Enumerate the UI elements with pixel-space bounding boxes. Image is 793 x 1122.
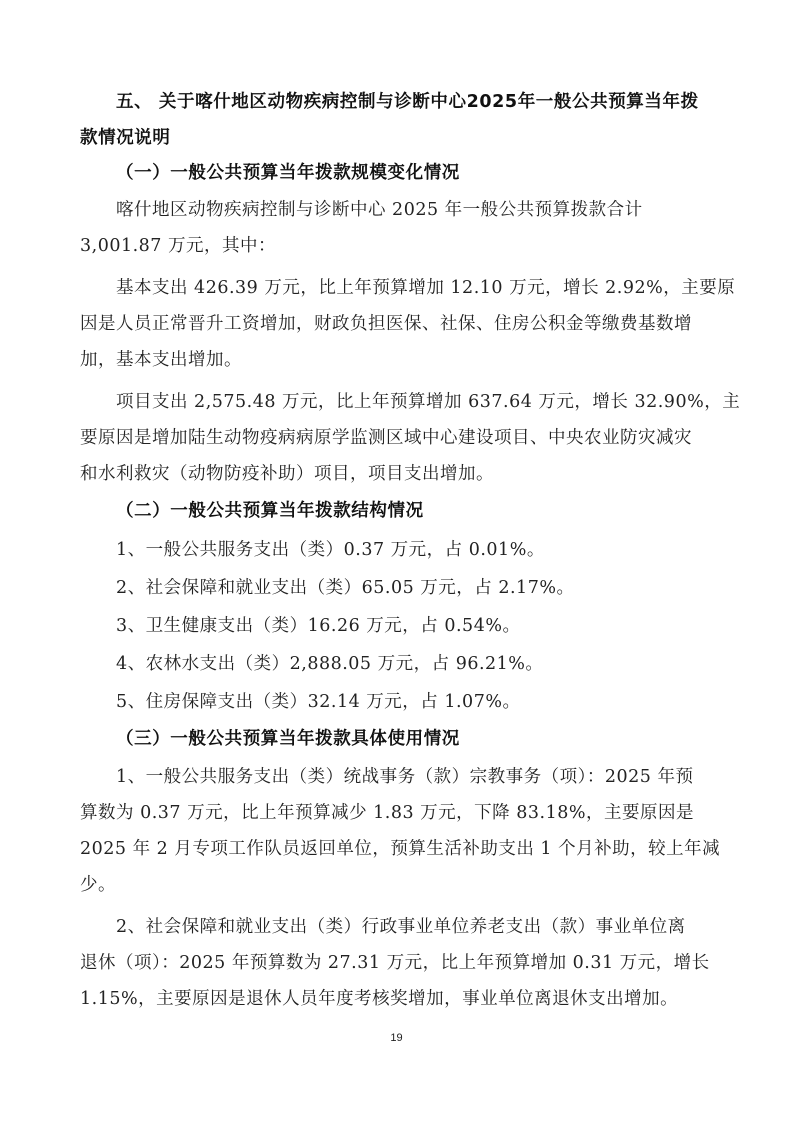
paragraph-line: 2、社会保障和就业支出（类）行政事业单位养老支出（款）事业单位离: [116, 916, 686, 938]
section-title-line-1: 五、 关于喀什地区动物疾病控制与诊断中心2025年一般公共预算当年拨: [116, 91, 699, 113]
paragraph-line: 加，基本支出增加。: [80, 349, 242, 371]
structure-item: 3、卫生健康支出（类）16.26 万元，占 0.54%。: [116, 615, 520, 637]
paragraph-line: 3,001.87 万元，其中：: [80, 235, 276, 257]
structure-item: 2、社会保障和就业支出（类）65.05 万元，占 2.17%。: [116, 577, 574, 599]
paragraph-line: 项目支出 2,575.48 万元，比上年预算增加 637.64 万元，增长 32…: [116, 391, 740, 413]
paragraph-line: 基本支出 426.39 万元，比上年预算增加 12.10 万元，增长 2.92%…: [116, 277, 735, 299]
paragraph-line: 2025 年 2 月专项工作队员返回单位，预算生活补助支出 1 个月补助，较上年…: [80, 838, 720, 860]
subsection-heading-3: （三）一般公共预算当年拨款具体使用情况: [116, 728, 460, 750]
paragraph-line: 要原因是增加陆生动物疫病病原学监测区域中心建设项目、中央农业防灾减灾: [80, 427, 692, 449]
paragraph-line: 少。: [80, 874, 116, 896]
subsection-heading-2: （二）一般公共预算当年拨款结构情况: [116, 500, 424, 522]
structure-item: 4、农林水支出（类）2,888.05 万元，占 96.21%。: [116, 653, 543, 675]
paragraph-line: 1、一般公共服务支出（类）统战事务（款）宗教事务（项）：2025 年预: [116, 766, 693, 788]
section-title-line-2: 款情况说明: [80, 127, 171, 149]
paragraph-line: 因是人员正常晋升工资增加，财政负担医保、社保、住房公积金等缴费基数增: [80, 313, 692, 335]
document-page: 五、 关于喀什地区动物疾病控制与诊断中心2025年一般公共预算当年拨 款情况说明…: [0, 0, 793, 1122]
page-number: 19: [0, 1032, 793, 1044]
paragraph-line: 算数为 0.37 万元，比上年预算减少 1.83 万元，下降 83.18%，主要…: [80, 802, 694, 824]
paragraph-line: 退休（项）：2025 年预算数为 27.31 万元，比上年预算增加 0.31 万…: [80, 952, 710, 974]
paragraph-line: 和水利救灾（动物防疫补助）项目，项目支出增加。: [80, 463, 494, 485]
structure-item: 5、住房保障支出（类）32.14 万元，占 1.07%。: [116, 691, 520, 713]
paragraph-line: 喀什地区动物疾病控制与诊断中心 2025 年一般公共预算拨款合计: [116, 199, 643, 221]
subsection-heading-1: （一）一般公共预算当年拨款规模变化情况: [116, 162, 460, 184]
structure-item: 1、一般公共服务支出（类）0.37 万元，占 0.01%。: [116, 539, 545, 561]
paragraph-line: 1.15%，主要原因是退休人员年度考核奖增加，事业单位离退休支出增加。: [80, 988, 678, 1010]
